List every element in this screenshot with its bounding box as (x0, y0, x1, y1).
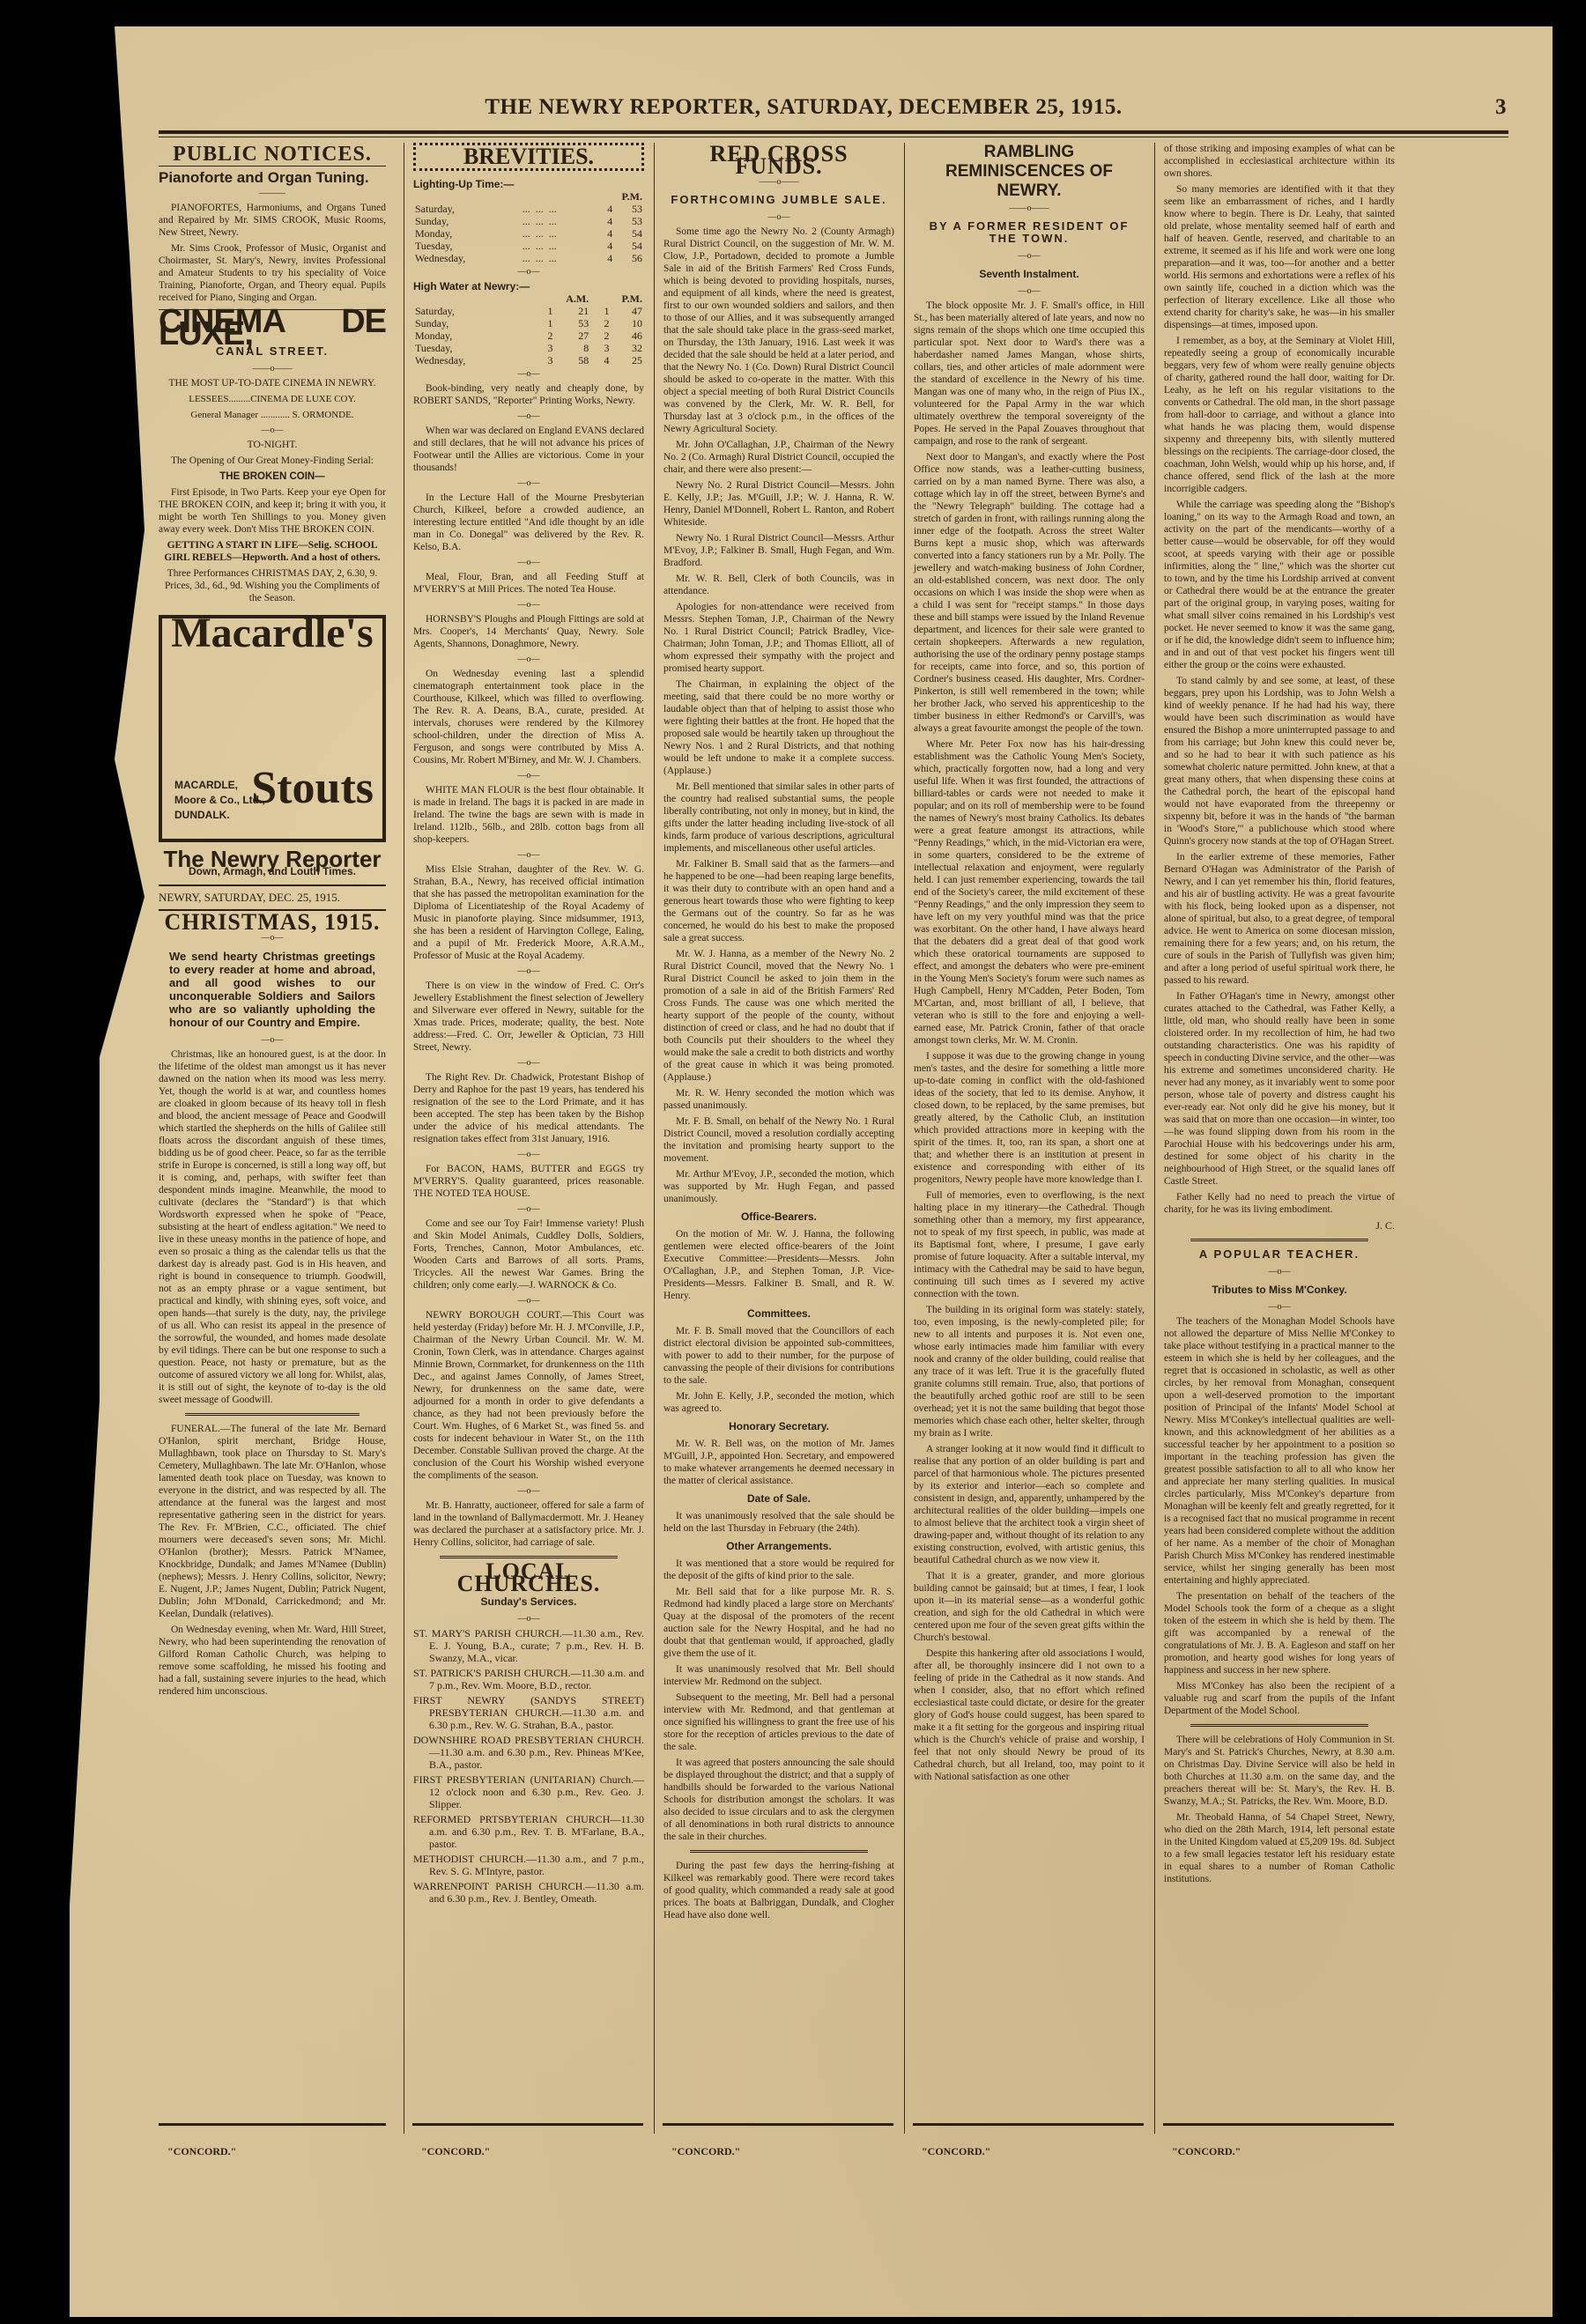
ornament: —o— (159, 1034, 386, 1047)
paragraph: Mr. Bell said that for a like purpose Mr… (663, 1586, 894, 1660)
piano-ad-text-2: Mr. Sims Crook, Professor of Music, Orga… (159, 242, 386, 304)
paragraph: Apologies for non-attendance were receiv… (663, 601, 894, 675)
cinema-performances: Three Performances CHRISTMAS DAY, 2, 6.3… (159, 567, 386, 604)
paragraph: So many memories are identified with it … (1164, 183, 1395, 331)
concord-imprint: "CONCORD." (922, 2145, 990, 2158)
paragraph: Next door to Mangan's, and exactly where… (914, 451, 1145, 735)
dateline: NEWRY, SATURDAY, DEC. 25, 1915. (159, 884, 386, 911)
ornament: —o— (413, 266, 644, 278)
church-service-entry: DOWNSHIRE ROAD PRESBYTERIAN CHURCH.—11.3… (413, 1734, 644, 1771)
paragraph: On the motion of Mr. W. J. Hanna, the fo… (663, 1228, 894, 1302)
church-service-entry: WARRENPOINT PARISH CHURCH.—11.30 a.m. an… (413, 1880, 644, 1905)
column-teacher: of those striking and imposing examples … (1154, 143, 1395, 2134)
paragraph: Mr. Falkiner B. Small said that as the f… (663, 858, 894, 944)
footer-rule (412, 2123, 643, 2126)
ornament: —o— (413, 1057, 644, 1069)
church-service-entry: METHODIST CHURCH.—11.30 a.m., and 7 p.m.… (413, 1853, 644, 1877)
ornament: —o— (914, 250, 1145, 263)
christmas-article: Christmas, like an honoured guest, is at… (159, 1048, 386, 1406)
popular-teacher-heading: A POPULAR TEACHER. (1164, 1248, 1395, 1261)
ornament: —o— (413, 1149, 644, 1161)
paragraph: It was mentioned that a store would be r… (663, 1558, 894, 1582)
ornament: —o— (413, 654, 644, 666)
ornament: —o— (413, 849, 644, 862)
lighting-row: Wednesday,... ... ...456 (413, 252, 644, 264)
estate-notice: Mr. Theobald Hanna, of 54 Chapel Street,… (1164, 1811, 1395, 1885)
ornament: —o— (413, 1613, 644, 1625)
ornament: —o— (663, 211, 894, 224)
ornament: —o— (413, 1485, 644, 1498)
reporter-nameplate: The Newry Reporter (159, 853, 386, 865)
brevity-item: Meal, Flour, Bran, and all Feeding Stuff… (413, 571, 644, 596)
ornament: ——o—— (159, 363, 386, 375)
paragraph: Mr. John E. Kelly, J.P., seconded the mo… (663, 1390, 894, 1415)
paragraph: Mr. John O'Callaghan, J.P., Chairman of … (663, 439, 894, 476)
masthead-rule (159, 130, 1508, 134)
paragraph: To stand calmly by and see some, at leas… (1164, 675, 1395, 847)
brevity-item: There is on view in the window of Fred. … (413, 980, 644, 1054)
tributes-subheading: Tributes to Miss M'Conkey. (1164, 1284, 1395, 1296)
cinema-serial-intro: The Opening of Our Great Money-Finding S… (159, 455, 386, 467)
paragraph: In Father O'Hagan's time in Newry, among… (1164, 990, 1395, 1188)
signature: J. C. (1164, 1219, 1395, 1232)
paragraph: Subsequent to the meeting, Mr. Bell had … (663, 1691, 894, 1753)
accident-notice: On Wednesday evening, when Mr. Ward, Hil… (159, 1624, 386, 1698)
paragraph: In the earlier extreme of these memories… (1164, 851, 1395, 987)
ornament: ——o—— (663, 176, 894, 189)
high-water-row: Wednesday,358425 (413, 354, 644, 366)
paragraph: The presentation on behalf of the teache… (1164, 1590, 1395, 1676)
brevity-item: In the Lecture Hall of the Mourne Presby… (413, 492, 644, 553)
herring-fishing-notice: During the past few days the herring-fis… (663, 1860, 894, 1921)
christmas-heading: CHRISTMAS, 1915. (159, 916, 386, 929)
paragraph: The building in its original form was st… (914, 1304, 1145, 1440)
paragraph: The block opposite Mr. J. F. Small's off… (914, 300, 1145, 448)
committees-heading: Committees. (663, 1307, 894, 1320)
ornament: —o— (413, 599, 644, 611)
paragraph: I suppose it was due to the growing chan… (914, 1050, 1145, 1186)
ad-maker: MACARDLE, Moore & Co., Ltd., DUNDALK. (174, 778, 265, 823)
church-service-entry: FIRST NEWRY (SANDYS STREET) PRESBYTERIAN… (413, 1694, 644, 1731)
footer-rule (913, 2123, 1144, 2126)
high-water-row: Sunday,153210 (413, 317, 644, 329)
ornament: ——— (159, 188, 386, 200)
paragraph: Mr. W. R. Bell was, on the motion of Mr.… (663, 1438, 894, 1487)
footer-rule (159, 2123, 386, 2126)
paragraph: The Chairman, in explaining the object o… (663, 678, 894, 777)
church-service-entry: ST. PATRICK'S PARISH CHURCH.—11.30 a.m. … (413, 1667, 644, 1691)
brevity-item: Mr. B. Hanratty, auctioneer, offered for… (413, 1499, 644, 1549)
divider (185, 1413, 359, 1416)
church-service-entry: ST. MARY'S PARISH CHURCH.—11.30 a.m., Re… (413, 1627, 644, 1664)
paragraph: Mr. R. W. Henry seconded the motion whic… (663, 1087, 894, 1112)
cinema-serial-name: THE BROKEN COIN— (159, 470, 386, 483)
paragraph: It was unanimously resolved that Mr. Bel… (663, 1663, 894, 1688)
divider (690, 1850, 868, 1853)
paragraph: of those striking and imposing examples … (1164, 143, 1395, 180)
ad-brand: Macardle's (171, 627, 374, 640)
paragraph: Some time ago the Newry No. 2 (County Ar… (663, 226, 894, 435)
brevity-item: NEWRY BOROUGH COURT.—This Court was held… (413, 1309, 644, 1482)
paragraph: Despite this hankering after old associa… (914, 1647, 1145, 1783)
high-water-row: Monday,227246 (413, 329, 644, 342)
page-number: 3 (1495, 95, 1507, 120)
brevity-item: For BACON, HAMS, BUTTER and EGGS try M'V… (413, 1163, 644, 1200)
ornament: —o— (413, 411, 644, 423)
divider (1190, 1724, 1368, 1727)
paragraph: The teachers of the Monaghan Model Schoo… (1164, 1315, 1395, 1587)
paragraph: Mr. W. J. Hanna, as a member of the Newr… (663, 948, 894, 1084)
red-cross-heading: RED CROSS FUNDS. (663, 148, 894, 173)
other-arrangements-heading: Other Arrangements. (663, 1540, 894, 1552)
funeral-notice: FUNERAL.—The funeral of the late Mr. Ber… (159, 1423, 386, 1620)
footer-rule (1163, 2123, 1394, 2126)
church-service-entry: REFORMED PRTSBYTERIAN CHURCH—11.30 a.m. … (413, 1813, 644, 1850)
date-of-sale-heading: Date of Sale. (663, 1492, 894, 1505)
brevity-item: Book-binding, very neatly and cheaply do… (413, 382, 644, 407)
concord-imprint: "CONCORD." (167, 2145, 236, 2158)
newspaper-page: THE NEWRY REPORTER, SATURDAY, DECEMBER 2… (55, 26, 1553, 2317)
column-red-cross: RED CROSS FUNDS. ——o—— FORTHCOMING JUMBL… (654, 143, 894, 2134)
ad-product: Stouts (251, 782, 374, 795)
paragraph: Mr. F. B. Small, on behalf of the Newry … (663, 1115, 894, 1165)
brevities-items: —o—Book-binding, very neatly and cheaply… (413, 368, 644, 1549)
brevity-item: On Wednesday evening last a splendid cin… (413, 668, 644, 766)
instalment-label: Seventh Instalment. (914, 268, 1145, 280)
office-bearers-heading: Office-Bearers. (663, 1210, 894, 1223)
lighting-row: Sunday,... ... ...453 (413, 215, 644, 227)
lighting-up-table: P.M. Saturday,... ... ...453Sunday,... .… (413, 190, 644, 264)
brevity-item: The Right Rev. Dr. Chadwick, Protestant … (413, 1071, 644, 1145)
paragraph: Father Kelly had no need to preach the v… (1164, 1191, 1395, 1216)
high-water-table: A.M.P.M. Saturday,121147Sunday,153210Mon… (413, 292, 644, 366)
paragraph: Miss M'Conkey has also been the recipien… (1164, 1680, 1395, 1717)
local-churches-heading: LOCAL CHURCHES. (413, 1565, 644, 1590)
ornament: —o— (413, 557, 644, 569)
cinema-serial-text: First Episode, in Two Parts. Keep your e… (159, 486, 386, 536)
cinema-features: GETTING A START IN LIFE—Selig. SCHOOL GI… (159, 539, 386, 564)
brevity-item: Miss Elsie Strahan, daughter of the Rev.… (413, 863, 644, 962)
cinema-tonight: TO-NIGHT. (159, 439, 386, 451)
paragraph: Mr. Arthur M'Evoy, J.P., seconded the mo… (663, 1168, 894, 1205)
concord-imprint: "CONCORD." (671, 2145, 740, 2158)
divider (1190, 1239, 1368, 1241)
brevity-item: WHITE MAN FLOUR is the best flour obtain… (413, 784, 644, 846)
paragraph: Where Mr. Peter Fox now has his hair-dre… (914, 738, 1145, 1047)
concord-imprint: "CONCORD." (1172, 2145, 1241, 2158)
lighting-up-label: Lighting-Up Time:— (413, 178, 644, 190)
paragraph: It was unanimously resolved that the sal… (663, 1510, 894, 1535)
ornament: ——o—— (914, 203, 1145, 215)
ornament: —o— (413, 1295, 644, 1307)
masthead-rule-thin (159, 137, 1508, 137)
paragraph: Mr. W. R. Bell, Clerk of both Councils, … (663, 573, 894, 597)
jumble-sale-subheading: FORTHCOMING JUMBLE SALE. (663, 194, 894, 206)
masthead: THE NEWRY REPORTER, SATURDAY, DECEMBER 2… (55, 95, 1553, 120)
lighting-row: Tuesday,... ... ...454 (413, 240, 644, 252)
public-notices-heading: PUBLIC NOTICES. (159, 148, 386, 160)
high-water-label: High Water at Newry:— (413, 280, 644, 292)
concord-imprint: "CONCORD." (421, 2145, 490, 2158)
piano-tuning-heading: Pianoforte and Organ Tuning. (159, 172, 386, 184)
ornament: —o— (159, 425, 386, 437)
reporter-subtitle: Down, Armagh, and Louth Times. (159, 865, 386, 877)
cinema-manager: General Manager ............ S. ORMONDE. (159, 409, 386, 421)
paragraph: A stranger looking at it now would find … (914, 1443, 1145, 1566)
lighting-row: Saturday,... ... ...453 (413, 203, 644, 215)
ornament: —o— (413, 368, 644, 381)
piano-ad-text: PIANOFORTES, Harmoniums, and Organs Tune… (159, 202, 386, 239)
church-list: ST. MARY'S PARISH CHURCH.—11.30 a.m., Re… (413, 1627, 644, 1905)
reminiscences-heading: RAMBLING REMINISCENCES OF NEWRY. (914, 143, 1145, 201)
paragraph: Mr. F. B. Small moved that the Councillo… (663, 1325, 894, 1387)
lighting-row: Monday,... ... ...454 (413, 227, 644, 240)
communion-notice: There will be celebrations of Holy Commu… (1164, 1734, 1395, 1808)
macardles-stouts-ad: Macardle's Stouts MACARDLE, Moore & Co.,… (159, 615, 386, 842)
footer-rule (663, 2123, 893, 2126)
ornament: —o— (413, 770, 644, 782)
sunday-services-heading: Sunday's Services. (413, 1595, 644, 1608)
masthead-title: THE NEWRY REPORTER, SATURDAY, DECEMBER 2… (485, 95, 1122, 119)
ornament: —o— (1164, 1266, 1395, 1278)
ornament: —o— (1164, 1301, 1395, 1314)
paragraph: Newry No. 1 Rural District Council—Messr… (663, 532, 894, 569)
brevity-item: When war was declared on England EVANS d… (413, 425, 644, 474)
cinema-lessees: LESSEES.........CINEMA DE LUXE COY. (159, 393, 386, 405)
brevities-heading: BREVITIES. (413, 143, 644, 171)
paragraph: Newry No. 2 Rural District Council—Messr… (663, 479, 894, 529)
secretary-heading: Honorary Secretary. (663, 1420, 894, 1432)
paragraph: Full of memories, even to overflowing, i… (914, 1189, 1145, 1300)
ornament: —o— (413, 477, 644, 490)
paragraph: That it is a greater, grander, and more … (914, 1570, 1145, 1644)
column-brevities: BREVITIES. Lighting-Up Time:— P.M. Satur… (404, 143, 644, 2134)
high-water-row: Tuesday,38332 (413, 342, 644, 354)
brevity-item: Come and see our Toy Fair! Immense varie… (413, 1218, 644, 1292)
brevity-item: HORNSBY'S Ploughs and Plough Fittings ar… (413, 613, 644, 650)
cinema-title: CINEMA DE LUXE, (159, 315, 386, 340)
ornament: —o— (413, 1203, 644, 1216)
paragraph: Mr. Bell mentioned that similar sales in… (663, 781, 894, 855)
ornament: —o— (914, 285, 1145, 298)
divider (159, 166, 386, 167)
christmas-greeting: We send hearty Christmas greetings to ev… (169, 950, 375, 1029)
paragraph: I remember, as a boy, at the Seminary at… (1164, 335, 1395, 495)
byline: BY A FORMER RESIDENT OF THE TOWN. (914, 220, 1145, 245)
cinema-tagline: THE MOST UP-TO-DATE CINEMA IN NEWRY. (159, 377, 386, 389)
ornament: —o— (413, 966, 644, 978)
church-service-entry: FIRST PRESBYTERIAN (UNITARIAN) Church.—1… (413, 1773, 644, 1810)
high-water-row: Saturday,121147 (413, 305, 644, 317)
paragraph: While the carriage was speeding along th… (1164, 499, 1395, 671)
column-reminiscences: RAMBLING REMINISCENCES OF NEWRY. ——o—— B… (904, 143, 1145, 2134)
column-public-notices: PUBLIC NOTICES. Pianoforte and Organ Tun… (159, 143, 386, 2134)
paragraph: It was agreed that posters announcing th… (663, 1757, 894, 1843)
